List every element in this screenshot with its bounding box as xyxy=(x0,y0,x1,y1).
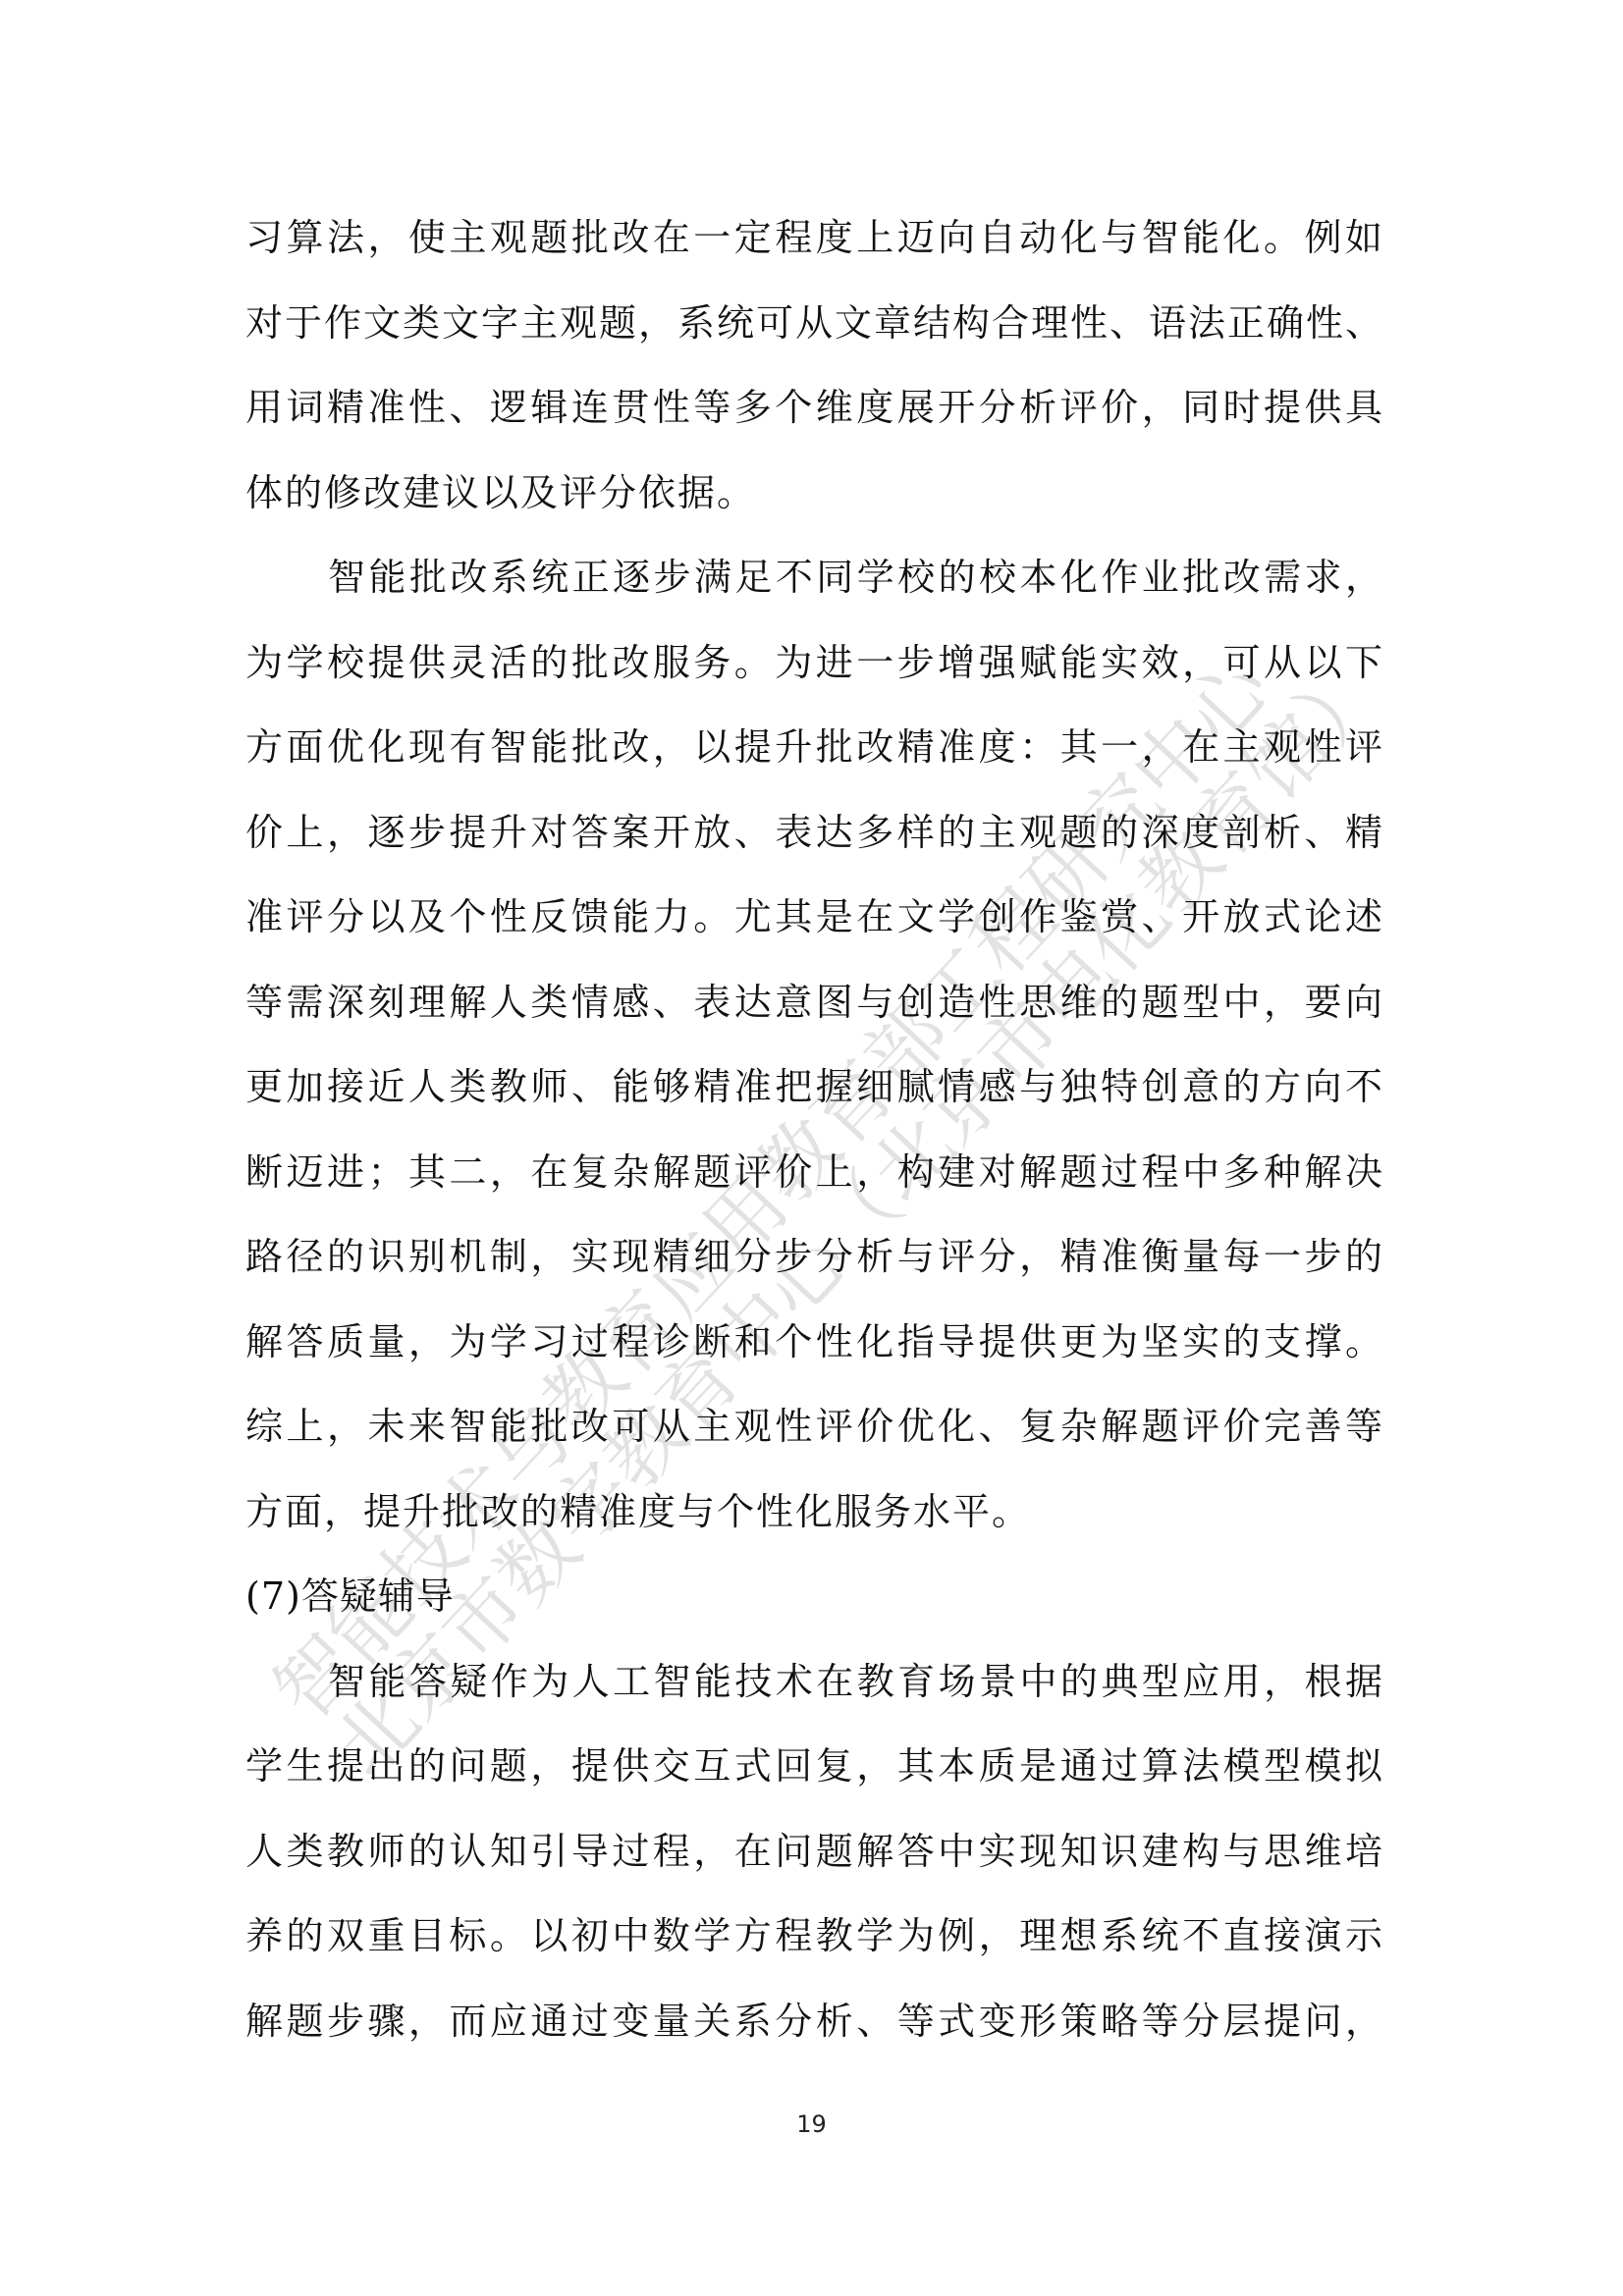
text-line: 方面，提升批改的精准度与个性化服务水平。 xyxy=(245,1482,1384,1568)
section-heading: (7)答疑辅导 xyxy=(245,1567,1384,1652)
text-line: 习算法，使主观题批改在一定程度上迈向自动化与智能化。例如 xyxy=(245,208,1384,294)
paragraph-3: 智能答疑作为人工智能技术在教育场景中的典型应用，根据 学生提出的问题，提供交互式… xyxy=(245,1652,1384,2077)
text-line: 断迈进；其二，在复杂解题评价上，构建对解题过程中多种解决 xyxy=(245,1143,1384,1228)
text-line: 对于作文类文字主观题，系统可从文章结构合理性、语法正确性、 xyxy=(245,294,1384,379)
text-line: 用词精准性、逻辑连贯性等多个维度展开分析评价，同时提供具 xyxy=(245,378,1384,463)
text-line: 解答质量，为学习过程诊断和个性化指导提供更为坚实的支撑。 xyxy=(245,1312,1384,1398)
text-line: 养的双重目标。以初中数学方程教学为例，理想系统不直接演示 xyxy=(245,1906,1384,1992)
text-line: 智能答疑作为人工智能技术在教育场景中的典型应用，根据 xyxy=(245,1652,1384,1737)
text-line: 价上，逐步提升对答案开放、表达多样的主观题的深度剖析、精 xyxy=(245,803,1384,888)
text-line: 路径的识别机制，实现精细分步分析与评分，精准衡量每一步的 xyxy=(245,1227,1384,1312)
text-line: 为学校提供灵活的批改服务。为进一步增强赋能实效，可从以下 xyxy=(245,633,1384,719)
text-line: 综上，未来智能批改可从主观性评价优化、复杂解题评价完善等 xyxy=(245,1397,1384,1482)
document-page: 智能技术与教育应用教育部工程研究中心 北京市数字教育中心（北京市电化教育馆） 习… xyxy=(0,0,1623,2296)
text-line: 体的修改建议以及评分依据。 xyxy=(245,463,1384,549)
body-text: 习算法，使主观题批改在一定程度上迈向自动化与智能化。例如 对于作文类文字主观题，… xyxy=(245,208,1384,2076)
page-number: 19 xyxy=(0,2110,1623,2138)
text-line: 人类教师的认知引导过程，在问题解答中实现知识建构与思维培 xyxy=(245,1822,1384,1907)
text-line: 方面优化现有智能批改，以提升批改精准度：其一，在主观性评 xyxy=(245,718,1384,803)
text-line: 解题步骤，而应通过变量关系分析、等式变形策略等分层提问， xyxy=(245,1992,1384,2077)
paragraph-2: 智能批改系统正逐步满足不同学校的校本化作业批改需求， 为学校提供灵活的批改服务。… xyxy=(245,548,1384,1567)
text-line: 准评分以及个性反馈能力。尤其是在文学创作鉴赏、开放式论述 xyxy=(245,887,1384,973)
text-line: 更加接近人类教师、能够精准把握细腻情感与独特创意的方向不 xyxy=(245,1057,1384,1143)
text-line: 等需深刻理解人类情感、表达意图与创造性思维的题型中，要向 xyxy=(245,973,1384,1058)
text-line: 学生提出的问题，提供交互式回复，其本质是通过算法模型模拟 xyxy=(245,1736,1384,1822)
paragraph-1: 习算法，使主观题批改在一定程度上迈向自动化与智能化。例如 对于作文类文字主观题，… xyxy=(245,208,1384,548)
text-line: 智能批改系统正逐步满足不同学校的校本化作业批改需求， xyxy=(245,548,1384,633)
